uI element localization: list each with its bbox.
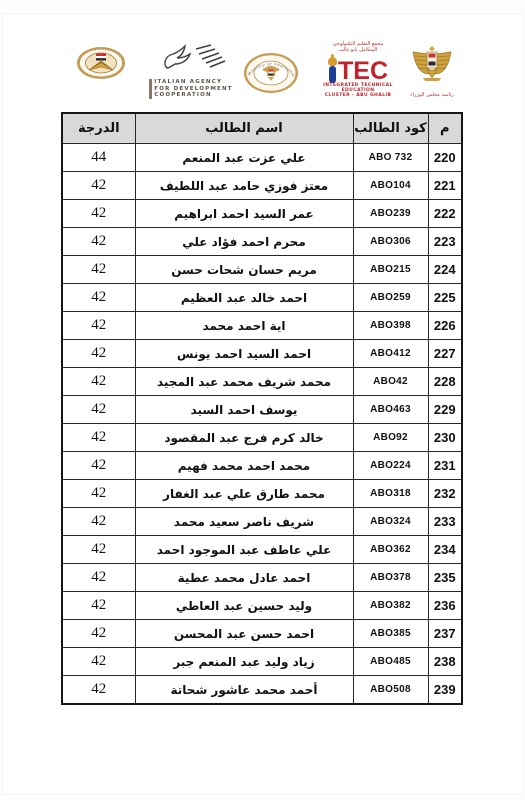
student-name-cell: محمد طارق علي عبد الغفار [135, 480, 353, 508]
table-row: 225 ABO259 احمد خالد عبد العظيم 42 [62, 284, 462, 312]
itec-tec-text: TEC [338, 59, 388, 83]
student-code-cell: ABO215 [353, 256, 428, 284]
table-row: 233 ABO324 شريف ناصر سعيد محمد 42 [62, 508, 462, 536]
grade-cell: 42 [62, 452, 135, 480]
student-code-cell: ABO463 [353, 396, 428, 424]
grade-cell: 42 [62, 508, 135, 536]
row-number-cell: 230 [428, 424, 462, 452]
row-number-cell: 231 [428, 452, 462, 480]
student-name-cell: احمد حسن عبد المحسن [135, 620, 353, 648]
table-body: 220 ABO 732 علي عزت عبد المنعم 44 221 AB… [62, 144, 462, 705]
student-name-cell: وليد حسين عبد العاطي [135, 592, 353, 620]
ministry-seal-icon: Ministry of International Cooperation [242, 52, 300, 94]
student-name-cell: خالد كرم فرج عبد المقصود [135, 424, 353, 452]
grade-cell: 42 [62, 676, 135, 705]
edf-seal-icon [76, 46, 126, 80]
row-number-cell: 235 [428, 564, 462, 592]
grade-cell: 42 [62, 312, 135, 340]
row-number-cell: 223 [428, 228, 462, 256]
row-number-cell: 224 [428, 256, 462, 284]
student-name-cell: شريف ناصر سعيد محمد [135, 508, 353, 536]
student-code-cell: ABO508 [353, 676, 428, 705]
row-number-cell: 222 [428, 200, 462, 228]
student-name-cell: احمد عادل محمد عطية [135, 564, 353, 592]
student-name-cell: علي عاطف عبد الموجود احمد [135, 536, 353, 564]
grade-cell: 42 [62, 368, 135, 396]
student-code-cell: ABO382 [353, 592, 428, 620]
student-code-cell: ABO306 [353, 228, 428, 256]
row-number-cell: 237 [428, 620, 462, 648]
itec-wordmark: TEC [322, 53, 394, 83]
student-name-cell: اية احمد محمد [135, 312, 353, 340]
row-number-cell: 238 [428, 648, 462, 676]
cabinet-caption: رئاسة مجلس الوزراء [408, 92, 456, 98]
italian-agency-line3: COOPERATION [154, 92, 233, 99]
scanned-results-page: { "header": { "logos": [ { "id": "edf-se… [0, 0, 525, 800]
row-number-cell: 226 [428, 312, 462, 340]
grade-cell: 42 [62, 424, 135, 452]
column-header-student-code: كود الطالب [353, 113, 428, 144]
student-code-cell: ABO224 [353, 452, 428, 480]
table-row: 235 ABO378 احمد عادل محمد عطية 42 [62, 564, 462, 592]
itec-lamp-icon [328, 59, 337, 83]
row-number-cell: 236 [428, 592, 462, 620]
student-name-cell: علي عزت عبد المنعم [135, 144, 353, 172]
table-row: 238 ABO485 زياد وليد عبد المنعم جبر 42 [62, 648, 462, 676]
student-name-cell: عمر السيد احمد ابراهيم [135, 200, 353, 228]
student-name-cell: معتز فوزي حامد عبد اللطيف [135, 172, 353, 200]
grade-cell: 42 [62, 592, 135, 620]
grade-cell: 42 [62, 648, 135, 676]
itec-subtitle1: INTEGRATED TECHNICAL EDUCATION [322, 83, 394, 93]
student-code-cell: ABO104 [353, 172, 428, 200]
grade-cell: 44 [62, 144, 135, 172]
student-code-cell: ABO 732 [353, 144, 428, 172]
row-number-cell: 232 [428, 480, 462, 508]
student-code-cell: ABO324 [353, 508, 428, 536]
table-row: 234 ABO362 علي عاطف عبد الموجود احمد 42 [62, 536, 462, 564]
row-number-cell: 220 [428, 144, 462, 172]
table-header-row: م كود الطالب اسم الطالب الدرجة [62, 113, 462, 144]
grade-cell: 42 [62, 284, 135, 312]
edf-seal-logo [76, 46, 126, 80]
student-name-cell: أحمد محمد عاشور شحاتة [135, 676, 353, 705]
student-code-cell: ABO485 [353, 648, 428, 676]
table-row: 223 ABO306 محرم احمد فؤاد علي 42 [62, 228, 462, 256]
student-code-cell: ABO42 [353, 368, 428, 396]
table-row: 224 ABO215 مريم حسان شحات حسن 42 [62, 256, 462, 284]
student-code-cell: ABO259 [353, 284, 428, 312]
grade-cell: 42 [62, 340, 135, 368]
student-code-cell: ABO398 [353, 312, 428, 340]
table-row: 239 ABO508 أحمد محمد عاشور شحاتة 42 [62, 676, 462, 705]
row-number-cell: 229 [428, 396, 462, 424]
grade-cell: 42 [62, 536, 135, 564]
table-row: 228 ABO42 محمد شريف محمد عبد المجيد 42 [62, 368, 462, 396]
ministry-seal-logo: Ministry of International Cooperation [242, 52, 300, 94]
grade-cell: 42 [62, 620, 135, 648]
grade-cell: 42 [62, 480, 135, 508]
grade-cell: 42 [62, 396, 135, 424]
table-row: 232 ABO318 محمد طارق علي عبد الغفار 42 [62, 480, 462, 508]
row-number-cell: 228 [428, 368, 462, 396]
itec-arabic-line2: المتكامل بابو غالب [322, 48, 394, 54]
table-row: 220 ABO 732 علي عزت عبد المنعم 44 [62, 144, 462, 172]
table-row: 229 ABO463 يوسف احمد السيد 42 [62, 396, 462, 424]
column-header-student-name: اسم الطالب [135, 113, 353, 144]
column-header-number: م [428, 113, 462, 144]
student-code-cell: ABO239 [353, 200, 428, 228]
grade-cell: 42 [62, 200, 135, 228]
itec-subtitle2: CLUSTER - ABU GHALIB [322, 93, 394, 98]
student-name-cell: محرم احمد فؤاد علي [135, 228, 353, 256]
row-number-cell: 239 [428, 676, 462, 705]
student-code-cell: ABO92 [353, 424, 428, 452]
itec-logo: مجمع التعليم التكنولوجي المتكامل بابو غا… [322, 42, 394, 98]
table-row: 221 ABO104 معتز فوزي حامد عبد اللطيف 42 [62, 172, 462, 200]
row-number-cell: 234 [428, 536, 462, 564]
student-code-cell: ABO362 [353, 536, 428, 564]
dove-icon [149, 44, 233, 74]
table-row: 231 ABO224 محمد احمد محمد فهيم 42 [62, 452, 462, 480]
table-row: 237 ABO385 احمد حسن عبد المحسن 42 [62, 620, 462, 648]
student-code-cell: ABO385 [353, 620, 428, 648]
cabinet-eagle-icon [409, 44, 455, 88]
grade-cell: 42 [62, 228, 135, 256]
grade-cell: 42 [62, 256, 135, 284]
grade-cell: 42 [62, 564, 135, 592]
table-row: 236 ABO382 وليد حسين عبد العاطي 42 [62, 592, 462, 620]
student-code-cell: ABO318 [353, 480, 428, 508]
table-row: 230 ABO92 خالد كرم فرج عبد المقصود 42 [62, 424, 462, 452]
logo-strip: ITALIAN AGENCY FOR DEVELOPMENT COOPERATI… [0, 40, 525, 98]
cabinet-logo: رئاسة مجلس الوزراء [408, 44, 456, 98]
row-number-cell: 233 [428, 508, 462, 536]
column-header-grade: الدرجة [62, 113, 135, 144]
student-code-cell: ABO378 [353, 564, 428, 592]
student-name-cell: يوسف احمد السيد [135, 396, 353, 424]
italian-agency-line1: ITALIAN AGENCY [154, 79, 233, 86]
student-name-cell: محمد احمد محمد فهيم [135, 452, 353, 480]
italian-agency-logo: ITALIAN AGENCY FOR DEVELOPMENT COOPERATI… [148, 44, 234, 96]
grade-cell: 42 [62, 172, 135, 200]
table-row: 226 ABO398 اية احمد محمد 42 [62, 312, 462, 340]
table-row: 227 ABO412 احمد السيد احمد يونس 42 [62, 340, 462, 368]
student-code-cell: ABO412 [353, 340, 428, 368]
student-name-cell: احمد السيد احمد يونس [135, 340, 353, 368]
student-name-cell: زياد وليد عبد المنعم جبر [135, 648, 353, 676]
student-name-cell: مريم حسان شحات حسن [135, 256, 353, 284]
row-number-cell: 227 [428, 340, 462, 368]
results-table: م كود الطالب اسم الطالب الدرجة 220 ABO 7… [61, 112, 463, 705]
row-number-cell: 225 [428, 284, 462, 312]
italian-agency-text: ITALIAN AGENCY FOR DEVELOPMENT COOPERATI… [148, 79, 234, 99]
student-name-cell: محمد شريف محمد عبد المجيد [135, 368, 353, 396]
row-number-cell: 221 [428, 172, 462, 200]
student-name-cell: احمد خالد عبد العظيم [135, 284, 353, 312]
table-row: 222 ABO239 عمر السيد احمد ابراهيم 42 [62, 200, 462, 228]
italian-agency-bar [149, 79, 152, 99]
